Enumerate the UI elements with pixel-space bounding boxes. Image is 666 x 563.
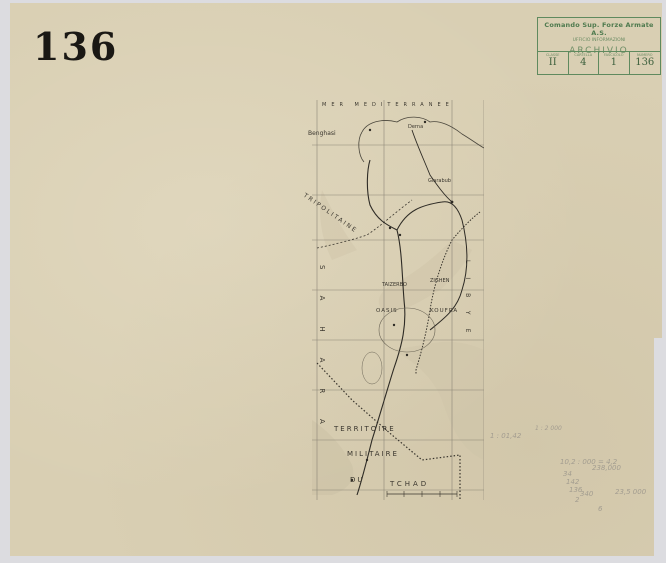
stamp-grid: Classe II Cartella 4 Fascicolo 1 Numero … <box>538 51 660 74</box>
strip-map: MER MEDITERRANEE Benghasi Derna Giarabub… <box>312 100 484 510</box>
pencil-note: 1 : 01,42 <box>490 432 521 440</box>
map-label-giarabub: Giarabub <box>428 178 451 184</box>
pencil-note: 142 <box>566 478 579 486</box>
map-label-sea: MER MEDITERRANEE <box>322 102 454 108</box>
sheet-number: 136 <box>33 24 118 69</box>
pencil-note: 6 <box>598 505 602 513</box>
map-label-tchad: TCHAD <box>390 480 429 488</box>
map-label-sahara: SAHARA <box>318 265 326 450</box>
map-drawing <box>312 100 484 510</box>
map-label-zighen: ZIGHEN <box>430 278 449 284</box>
map-label-tazerbo: TAIZERBO <box>382 282 407 288</box>
pencil-note: 2 <box>575 496 579 504</box>
pencil-note: 238,000 <box>592 464 621 472</box>
stamp-cell-classe: Classe II <box>538 52 569 74</box>
stamp-command: Comando Sup. Forze Armate A.S. <box>538 21 660 37</box>
archive-stamp: Comando Sup. Forze Armate A.S. UFFICIO I… <box>537 17 661 75</box>
map-label-libye: LIBYE <box>464 260 471 346</box>
pencil-note: 23,5 000 <box>615 488 646 496</box>
pencil-note: 340 <box>580 490 593 498</box>
map-label-oasis: OASIS <box>376 308 398 314</box>
map-label-koufra: KOUFRA <box>430 308 458 314</box>
stamp-office: UFFICIO INFORMAZIONI <box>538 38 660 43</box>
stamp-cell-numero: Numero 136 <box>630 52 661 74</box>
map-label-militaire: MILITAIRE <box>347 450 399 458</box>
map-label-territoire: TERRITOIRE <box>334 425 396 433</box>
stamp-cell-fascicolo: Fascicolo 1 <box>599 52 630 74</box>
pencil-note: 34 <box>563 470 572 478</box>
stamp-cell-cartella: Cartella 4 <box>569 52 600 74</box>
pencil-note: 1 : 2 000 <box>535 425 562 432</box>
map-label-du: DU <box>350 476 365 484</box>
map-label-benghasi: Benghasi <box>308 130 336 137</box>
map-label-derna: Derna <box>408 124 423 130</box>
sheet-edge <box>654 338 662 556</box>
